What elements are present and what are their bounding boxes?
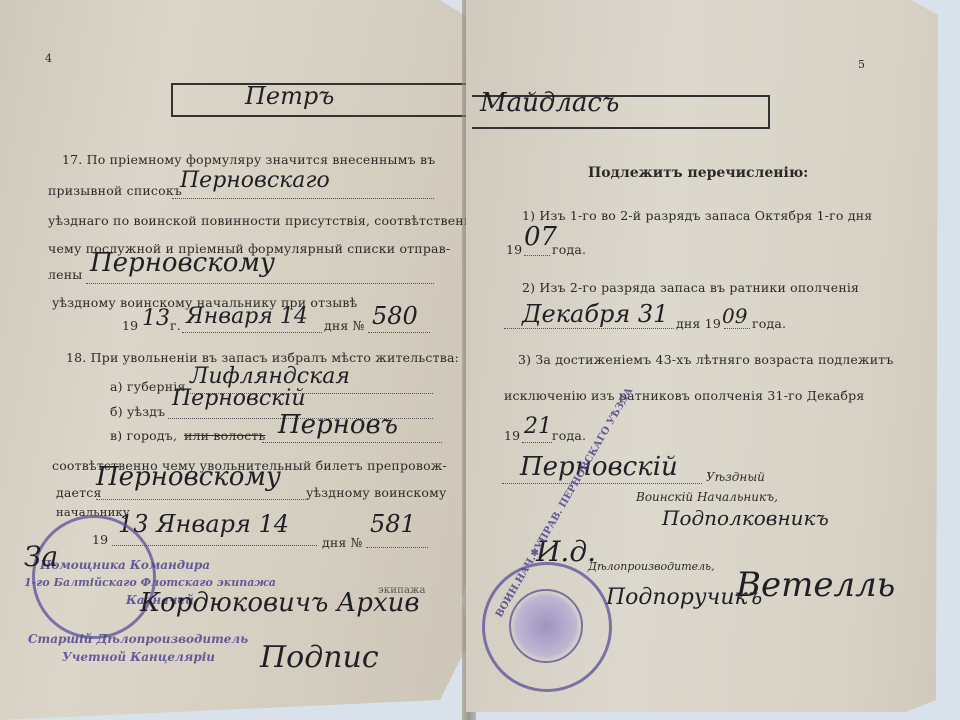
item17-year-handwritten: 13: [142, 306, 170, 331]
item2-day-label: дня 19: [676, 316, 721, 331]
signature-officer: Кордюковичъ Архив: [140, 588, 420, 618]
commander-rank-handwritten: Подполковникъ: [662, 506, 829, 530]
dotted-line: [182, 332, 322, 333]
right-page: 5 Майдласъ Подлежитъ перечисленію: 1) Из…: [466, 0, 944, 720]
transfer-heading: Подлежитъ перечисленію:: [588, 165, 808, 181]
surname-handwritten: Майдласъ: [480, 88, 619, 118]
dotted-line: [366, 547, 428, 548]
dotted-line: [504, 328, 674, 329]
item3-suffix: года.: [552, 428, 586, 443]
stamp-line5: Учетной Канцеляріи: [62, 650, 215, 664]
item18-town-label: в) городъ,: [110, 428, 177, 443]
item18-day-label: дня №: [322, 535, 363, 550]
item2-text: 2) Изъ 2-го разряда запаса въ ратники оп…: [522, 280, 859, 295]
item17-year-suffix: г.: [170, 318, 181, 333]
item17-line3: уѣзднаго по воинской повинности присутст…: [48, 213, 480, 228]
dotted-line: [524, 255, 550, 256]
commander-title2: Воинскій Начальникъ,: [636, 490, 778, 504]
item17-date-handwritten: Января 14: [186, 304, 308, 329]
item1-text: 1) Изъ 1-го во 2-й разрядъ запаса Октябр…: [522, 208, 872, 223]
item18-forwarded-suffix: уѣздному воинскому: [306, 485, 447, 500]
stamp-line1: Помощника Командира: [40, 558, 210, 572]
item18-forwarded-label: дается: [56, 485, 102, 500]
item17-day-label: дня №: [324, 318, 365, 333]
item18-district-label: б) уѣздъ: [110, 404, 165, 419]
item18-town-handwritten: Перновъ: [278, 410, 398, 440]
official-seal-right: [482, 562, 612, 692]
signature-za: За: [24, 540, 58, 573]
item2-year-handwritten: 09: [722, 304, 747, 328]
item1-suffix: года.: [552, 242, 586, 257]
item3-year-prefix: 19: [504, 428, 520, 443]
signature-podpis: Подпис: [260, 640, 379, 675]
dotted-line: [262, 442, 442, 443]
eagle-emblem-icon: [509, 589, 583, 663]
dotted-line: [724, 328, 750, 329]
left-page: 4 Петръ 17. По пріемному формуляру значи…: [0, 0, 472, 720]
item3-line2: исключенію изъ ратниковъ ополченія 31-го…: [504, 388, 864, 403]
commander-district-handwritten: Перновскій: [520, 452, 678, 482]
item18-line1: 18. При увольненіи въ запасъ избралъ мѣс…: [66, 350, 459, 365]
dotted-line: [96, 499, 308, 500]
item17-date-prefix: 19: [122, 318, 138, 333]
item17-sent-label: лены: [48, 267, 82, 282]
item17-number-handwritten: 580: [372, 302, 418, 330]
item17-line1: 17. По пріемному формуляру значится внес…: [62, 152, 435, 167]
item1-year-prefix: 19: [506, 242, 522, 257]
item17-recipient-handwritten: Перновскому: [90, 248, 275, 278]
item3-year-handwritten: 21: [524, 414, 552, 439]
dotted-line: [502, 483, 702, 484]
item2-date-handwritten: Декабря 31: [522, 300, 668, 328]
item18-recipient-handwritten: Перновскому: [96, 462, 281, 492]
first-name-handwritten: Петръ: [245, 82, 334, 110]
page-number-left: 4: [45, 52, 52, 65]
item17-district-handwritten: Перновскаго: [180, 168, 330, 193]
item3-line1: 3) За достиженіемъ 43-хъ лѣтняго возраст…: [518, 352, 894, 367]
clerk-signature: Ветелль: [736, 565, 895, 605]
item18-volost-struck: или волость: [184, 428, 266, 443]
dotted-line: [522, 442, 552, 443]
commander-title1: Уѣздный: [706, 470, 765, 484]
item18-district-handwritten: Перновскій: [172, 386, 306, 411]
item18-number-handwritten: 581: [370, 510, 416, 538]
clerk-title: Дѣлопроизводитель,: [588, 560, 715, 573]
item18-date-handwritten: 13 Января 14: [118, 510, 289, 538]
item17-conscription-label: призывной списокъ: [48, 183, 182, 198]
stamp-line4: Старшій Дѣлопроизводитель: [28, 632, 248, 646]
dotted-line: [172, 198, 434, 199]
dotted-line: [86, 283, 434, 284]
page-number-right: 5: [858, 58, 865, 71]
item2-suffix: года.: [752, 316, 786, 331]
dotted-line: [368, 332, 430, 333]
